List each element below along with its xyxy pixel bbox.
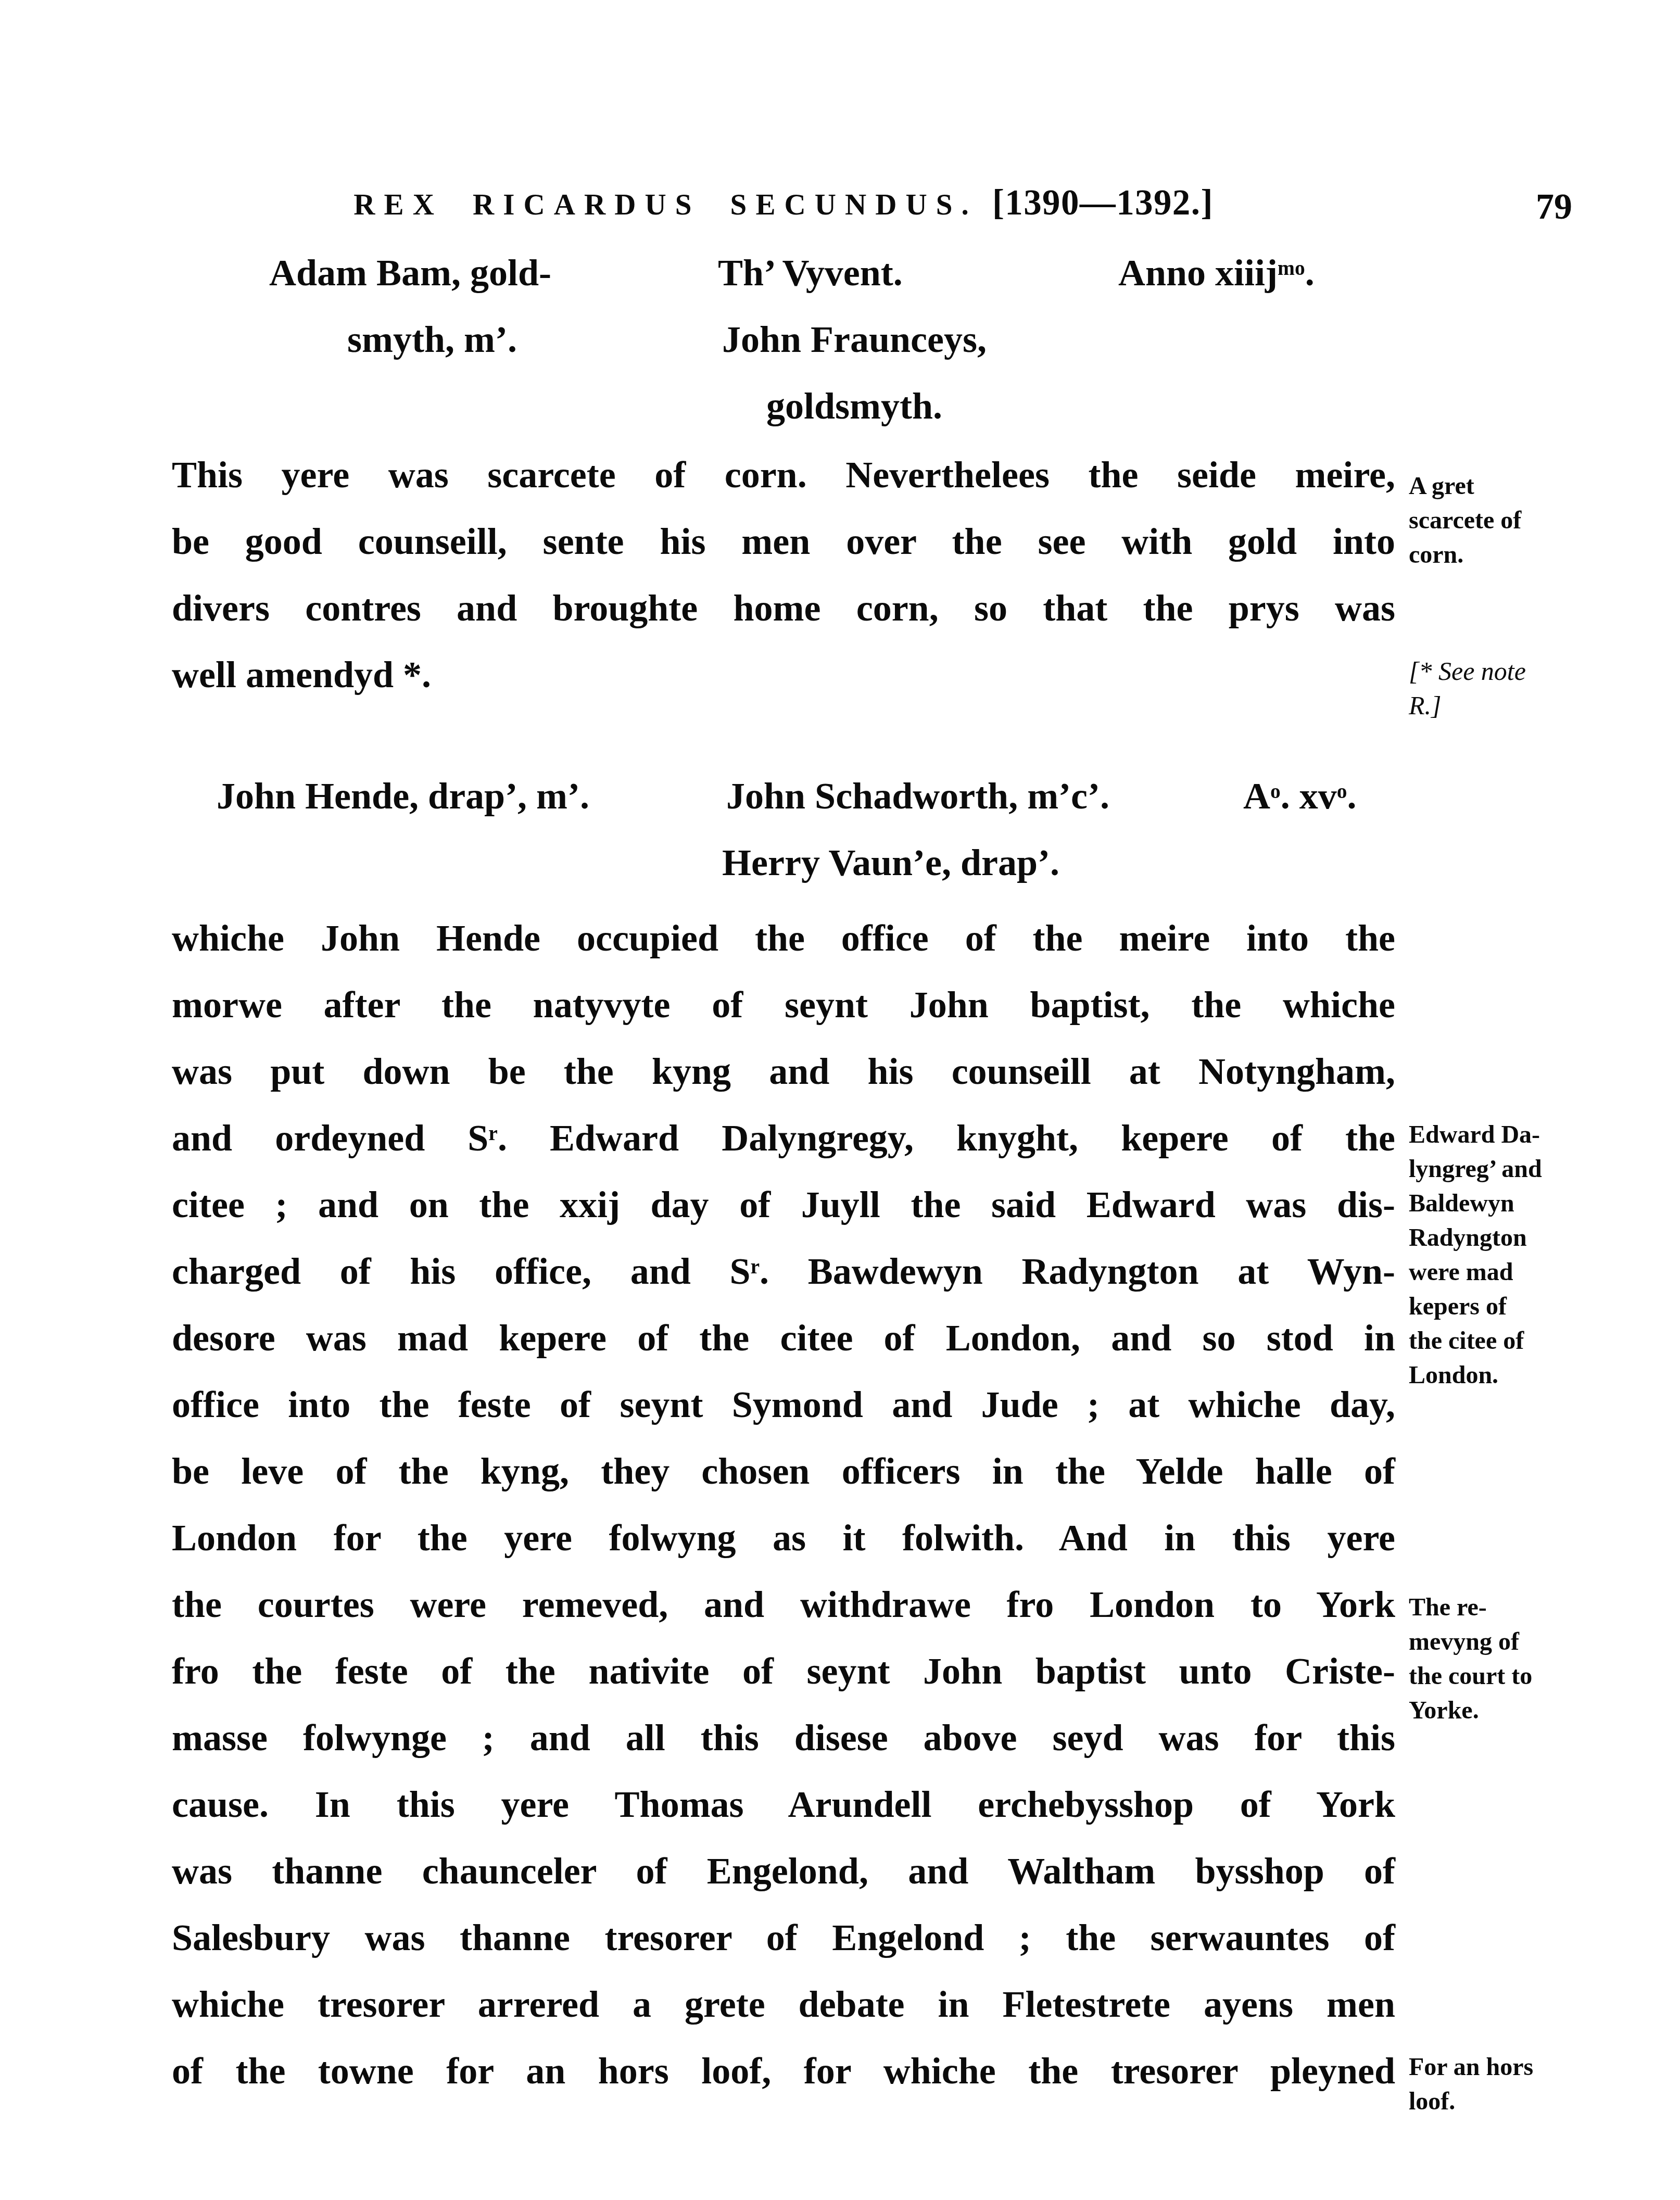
- margin-note-line: A gret: [1409, 469, 1659, 503]
- margin-note-see-note-r: [* See noteR.]: [1409, 654, 1659, 723]
- margin-note-line: Baldewyn: [1409, 1186, 1659, 1221]
- margin-note-scarcete-of-corn: A gretscarcete ofcorn.: [1409, 469, 1659, 572]
- page-number: 79: [1536, 186, 1572, 228]
- text-line: and ordeyned Sr. Edward Dalyngregy, knyg…: [172, 1105, 1395, 1171]
- margin-note-line: Yorke.: [1409, 1693, 1659, 1728]
- text-line: This yere was scarcete of corn. Neverthe…: [172, 441, 1395, 508]
- mayor-heading-1: Adam Bam, gold- Th’ Vyvent. Anno xiiijmo…: [172, 239, 1395, 439]
- text-line: of the towne for an hors loof, for which…: [172, 2038, 1395, 2104]
- sheriff-name-line: goldsmyth.: [766, 373, 942, 439]
- margin-note-hors-loof: For an horsloof.: [1409, 2050, 1659, 2119]
- running-title: REX RICARDUS SECUNDUS.: [353, 188, 978, 221]
- text-line: the courtes were remeved, and withdrawe …: [172, 1571, 1395, 1638]
- margin-note-line: London.: [1409, 1358, 1659, 1393]
- page-header: REX RICARDUS SECUNDUS.[1390—1392.]: [172, 182, 1395, 223]
- margin-note-kepers-of-citee: Edward Da-lyngreg’ andBaldewynRadyngtonw…: [1409, 1118, 1659, 1393]
- text-line: citee ; and on the xxij day of Juyll the…: [172, 1171, 1395, 1238]
- mayor-heading-2: John Hende, drap’, m’. John Schadworth, …: [172, 763, 1395, 896]
- text-line: divers contres and broughte home corn, s…: [172, 575, 1395, 641]
- book-page: REX RICARDUS SECUNDUS.[1390—1392.] 79 Ad…: [0, 0, 1680, 2200]
- text-line: charged of his office, and Sr. Bawdewyn …: [172, 1238, 1395, 1305]
- text-line: whiche John Hende occupied the office of…: [172, 905, 1395, 971]
- sheriff-name-line: John Schadworth, m’c’.: [726, 763, 1109, 829]
- text-line: fro the feste of the nativite of seynt J…: [172, 1638, 1395, 1704]
- margin-note-line: mevyng of: [1409, 1625, 1659, 1659]
- margin-note-line: corn.: [1409, 538, 1659, 572]
- text-line: morwe after the natyvyte of seynt John b…: [172, 971, 1395, 1038]
- text-line: Salesbury was thanne tresorer of Engelon…: [172, 1904, 1395, 1971]
- header-date-range: [1390—1392.]: [992, 183, 1214, 222]
- sheriff-name-line: Herry Vaun’e, drap’.: [722, 829, 1059, 896]
- margin-note-line: [* See note: [1409, 654, 1659, 688]
- margin-note-line: scarcete of: [1409, 503, 1659, 538]
- margin-note-line: loof.: [1409, 2084, 1659, 2119]
- text-line: desore was mad kepere of the citee of Lo…: [172, 1305, 1395, 1371]
- margin-note-line: Edward Da-: [1409, 1118, 1659, 1152]
- paragraph-scarcete-of-corn: This yere was scarcete of corn. Neverthe…: [172, 441, 1395, 708]
- mayor-name-line: Adam Bam, gold-: [269, 239, 551, 306]
- text-line: whiche tresorer arrered a grete debate i…: [172, 1971, 1395, 2038]
- margin-note-line: lyngreg’ and: [1409, 1152, 1659, 1186]
- margin-note-line: The re-: [1409, 1590, 1659, 1625]
- text-line: be good counseill, sente his men over th…: [172, 508, 1395, 575]
- margin-note-line: the citee of: [1409, 1324, 1659, 1358]
- text-line: was thanne chaunceler of Engelond, and W…: [172, 1838, 1395, 1904]
- margin-note-line: R.]: [1409, 688, 1659, 723]
- mayor-name-line: smyth, m’.: [347, 306, 517, 373]
- sheriff-name-line: Th’ Vyvent.: [718, 239, 903, 306]
- text-line: was put down be the kyng and his counsei…: [172, 1038, 1395, 1105]
- text-line: masse folwynge ; and all this disese abo…: [172, 1704, 1395, 1771]
- text-line: well amendyd *.: [172, 641, 1395, 708]
- text-line: be leve of the kyng, they chosen officer…: [172, 1438, 1395, 1504]
- mayor-name-line: John Hende, drap’, m’.: [217, 763, 589, 829]
- paragraph-john-hende: whiche John Hende occupied the office of…: [172, 905, 1395, 2104]
- margin-note-line: were mad: [1409, 1255, 1659, 1289]
- text-line: office into the feste of seynt Symond an…: [172, 1371, 1395, 1438]
- margin-note-line: For an hors: [1409, 2050, 1659, 2084]
- margin-note-line: kepers of: [1409, 1289, 1659, 1324]
- margin-note-line: the court to: [1409, 1659, 1659, 1693]
- margin-note-line: Radyngton: [1409, 1221, 1659, 1255]
- margin-note-remevyng-of-court: The re-mevyng ofthe court toYorke.: [1409, 1590, 1659, 1728]
- text-line: cause. In this yere Thomas Arundell erch…: [172, 1771, 1395, 1838]
- sheriff-name-line: John Fraunceys,: [722, 306, 987, 373]
- regnal-year-label: Anno xiiijmo.: [1118, 239, 1315, 306]
- regnal-year-label: Ao. xvo.: [1243, 763, 1357, 829]
- text-line: London for the yere folwyng as it folwit…: [172, 1504, 1395, 1571]
